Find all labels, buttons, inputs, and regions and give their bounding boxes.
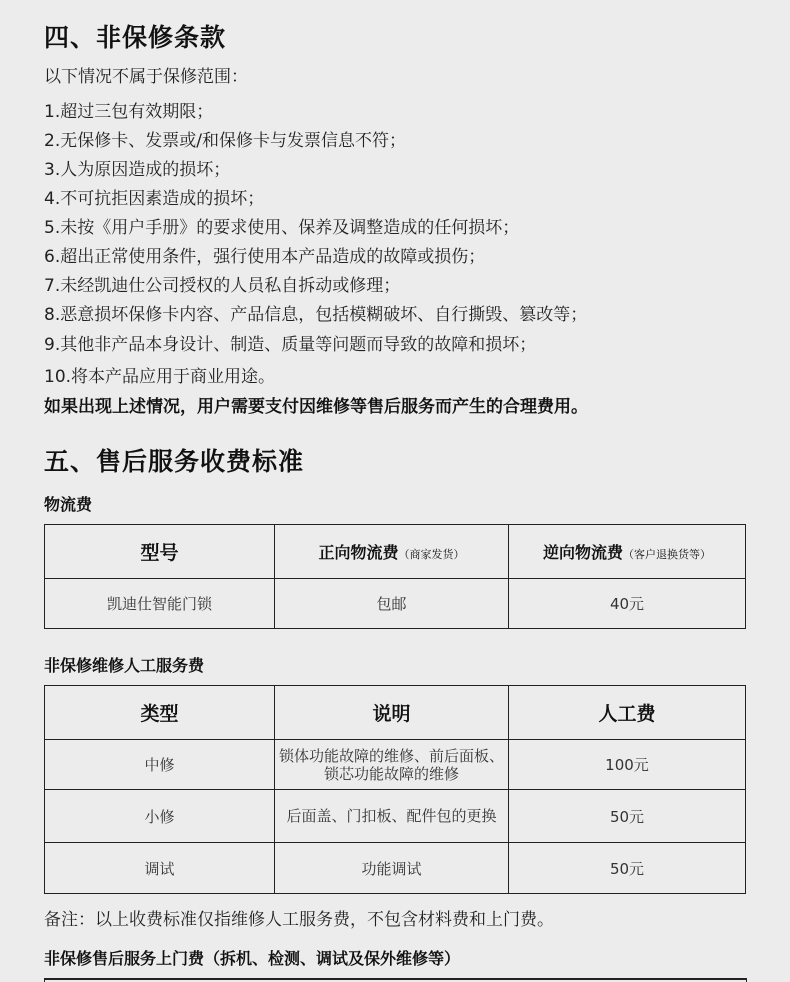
cell-desc: 功能调试: [275, 843, 509, 894]
table-header-row: 型号 正向物流费（商家发货） 逆向物流费（客户退换货等）: [45, 525, 746, 579]
table-row: 调试 功能调试 50元: [45, 843, 746, 894]
header-model: 型号: [45, 525, 275, 579]
table-row: 小修 后面盖、门扣板、配件包的更换 50元: [45, 790, 746, 843]
section4-intro: 以下情况不属于保修范围：: [44, 62, 248, 87]
header-fee: 人工费: [509, 686, 746, 740]
cell-model: 凯迪仕智能门锁: [45, 579, 275, 629]
list-item: 6.超出正常使用条件，强行使用本产品造成的故障或损伤；: [44, 242, 485, 267]
header-reverse: 逆向物流费（客户退换货等）: [509, 525, 746, 579]
onsite-title: 非保修售后服务上门费（拆机、检测、调试及保外维修等）: [44, 946, 460, 969]
logistics-table: 型号 正向物流费（商家发货） 逆向物流费（客户退换货等） 凯迪仕智能门锁 包邮 …: [44, 524, 746, 629]
cell-forward: 包邮: [275, 579, 509, 629]
list-item: 3.人为原因造成的损坏；: [44, 155, 230, 180]
list-item: 9.其他非产品本身设计、制造、质量等问题而导致的故障和损坏；: [44, 330, 536, 355]
cell-fee: 100元: [509, 740, 746, 790]
list-item: 5.未按《用户手册》的要求使用、保养及调整造成的任何损坏；: [44, 213, 519, 238]
header-desc: 说明: [275, 686, 509, 740]
list-item: 7.未经凯迪仕公司授权的人员私自拆动或修理；: [44, 271, 400, 296]
cell-fee: 50元: [509, 843, 746, 894]
remark: 备注：以上收费标准仅指维修人工服务费，不包含材料费和上门费。: [44, 905, 554, 930]
list-item: 8.恶意损坏保修卡内容、产品信息，包括模糊破坏、自行撕毁、篡改等；: [44, 300, 587, 325]
list-item: 1.超过三包有效期限；: [44, 97, 213, 122]
section4-conclusion: 如果出现上述情况，用户需要支付因维修等售后服务而产生的合理费用。: [44, 392, 588, 417]
list-item: 2.无保修卡、发票或/和保修卡与发票信息不符；: [44, 126, 406, 151]
cell-fee: 50元: [509, 790, 746, 843]
header-forward: 正向物流费（商家发货）: [275, 525, 509, 579]
logistics-title: 物流费: [44, 492, 92, 515]
section5-title: 五、售后服务收费标准: [44, 442, 304, 478]
table-header-row: 类型 说明 人工费: [45, 686, 746, 740]
list-item: 4.不可抗拒因素造成的损坏；: [44, 184, 264, 209]
cell-desc: 后面盖、门扣板、配件包的更换: [275, 790, 509, 843]
table-row: 中修 锁体功能故障的维修、前后面板、锁芯功能故障的维修 100元: [45, 740, 746, 790]
cell-type: 中修: [45, 740, 275, 790]
list-item: 10.将本产品应用于商业用途。: [44, 362, 275, 387]
labor-title: 非保修维修人工服务费: [44, 653, 204, 676]
cell-reverse: 40元: [509, 579, 746, 629]
table-row: 凯迪仕智能门锁 包邮 40元: [45, 579, 746, 629]
header-type: 类型: [45, 686, 275, 740]
cell-type: 调试: [45, 843, 275, 894]
labor-table: 类型 说明 人工费 中修 锁体功能故障的维修、前后面板、锁芯功能故障的维修 10…: [44, 685, 746, 894]
section4-title: 四、非保修条款: [44, 18, 226, 54]
cell-type: 小修: [45, 790, 275, 843]
cell-desc: 锁体功能故障的维修、前后面板、锁芯功能故障的维修: [275, 740, 509, 790]
onsite-table-top-border: [44, 978, 747, 982]
